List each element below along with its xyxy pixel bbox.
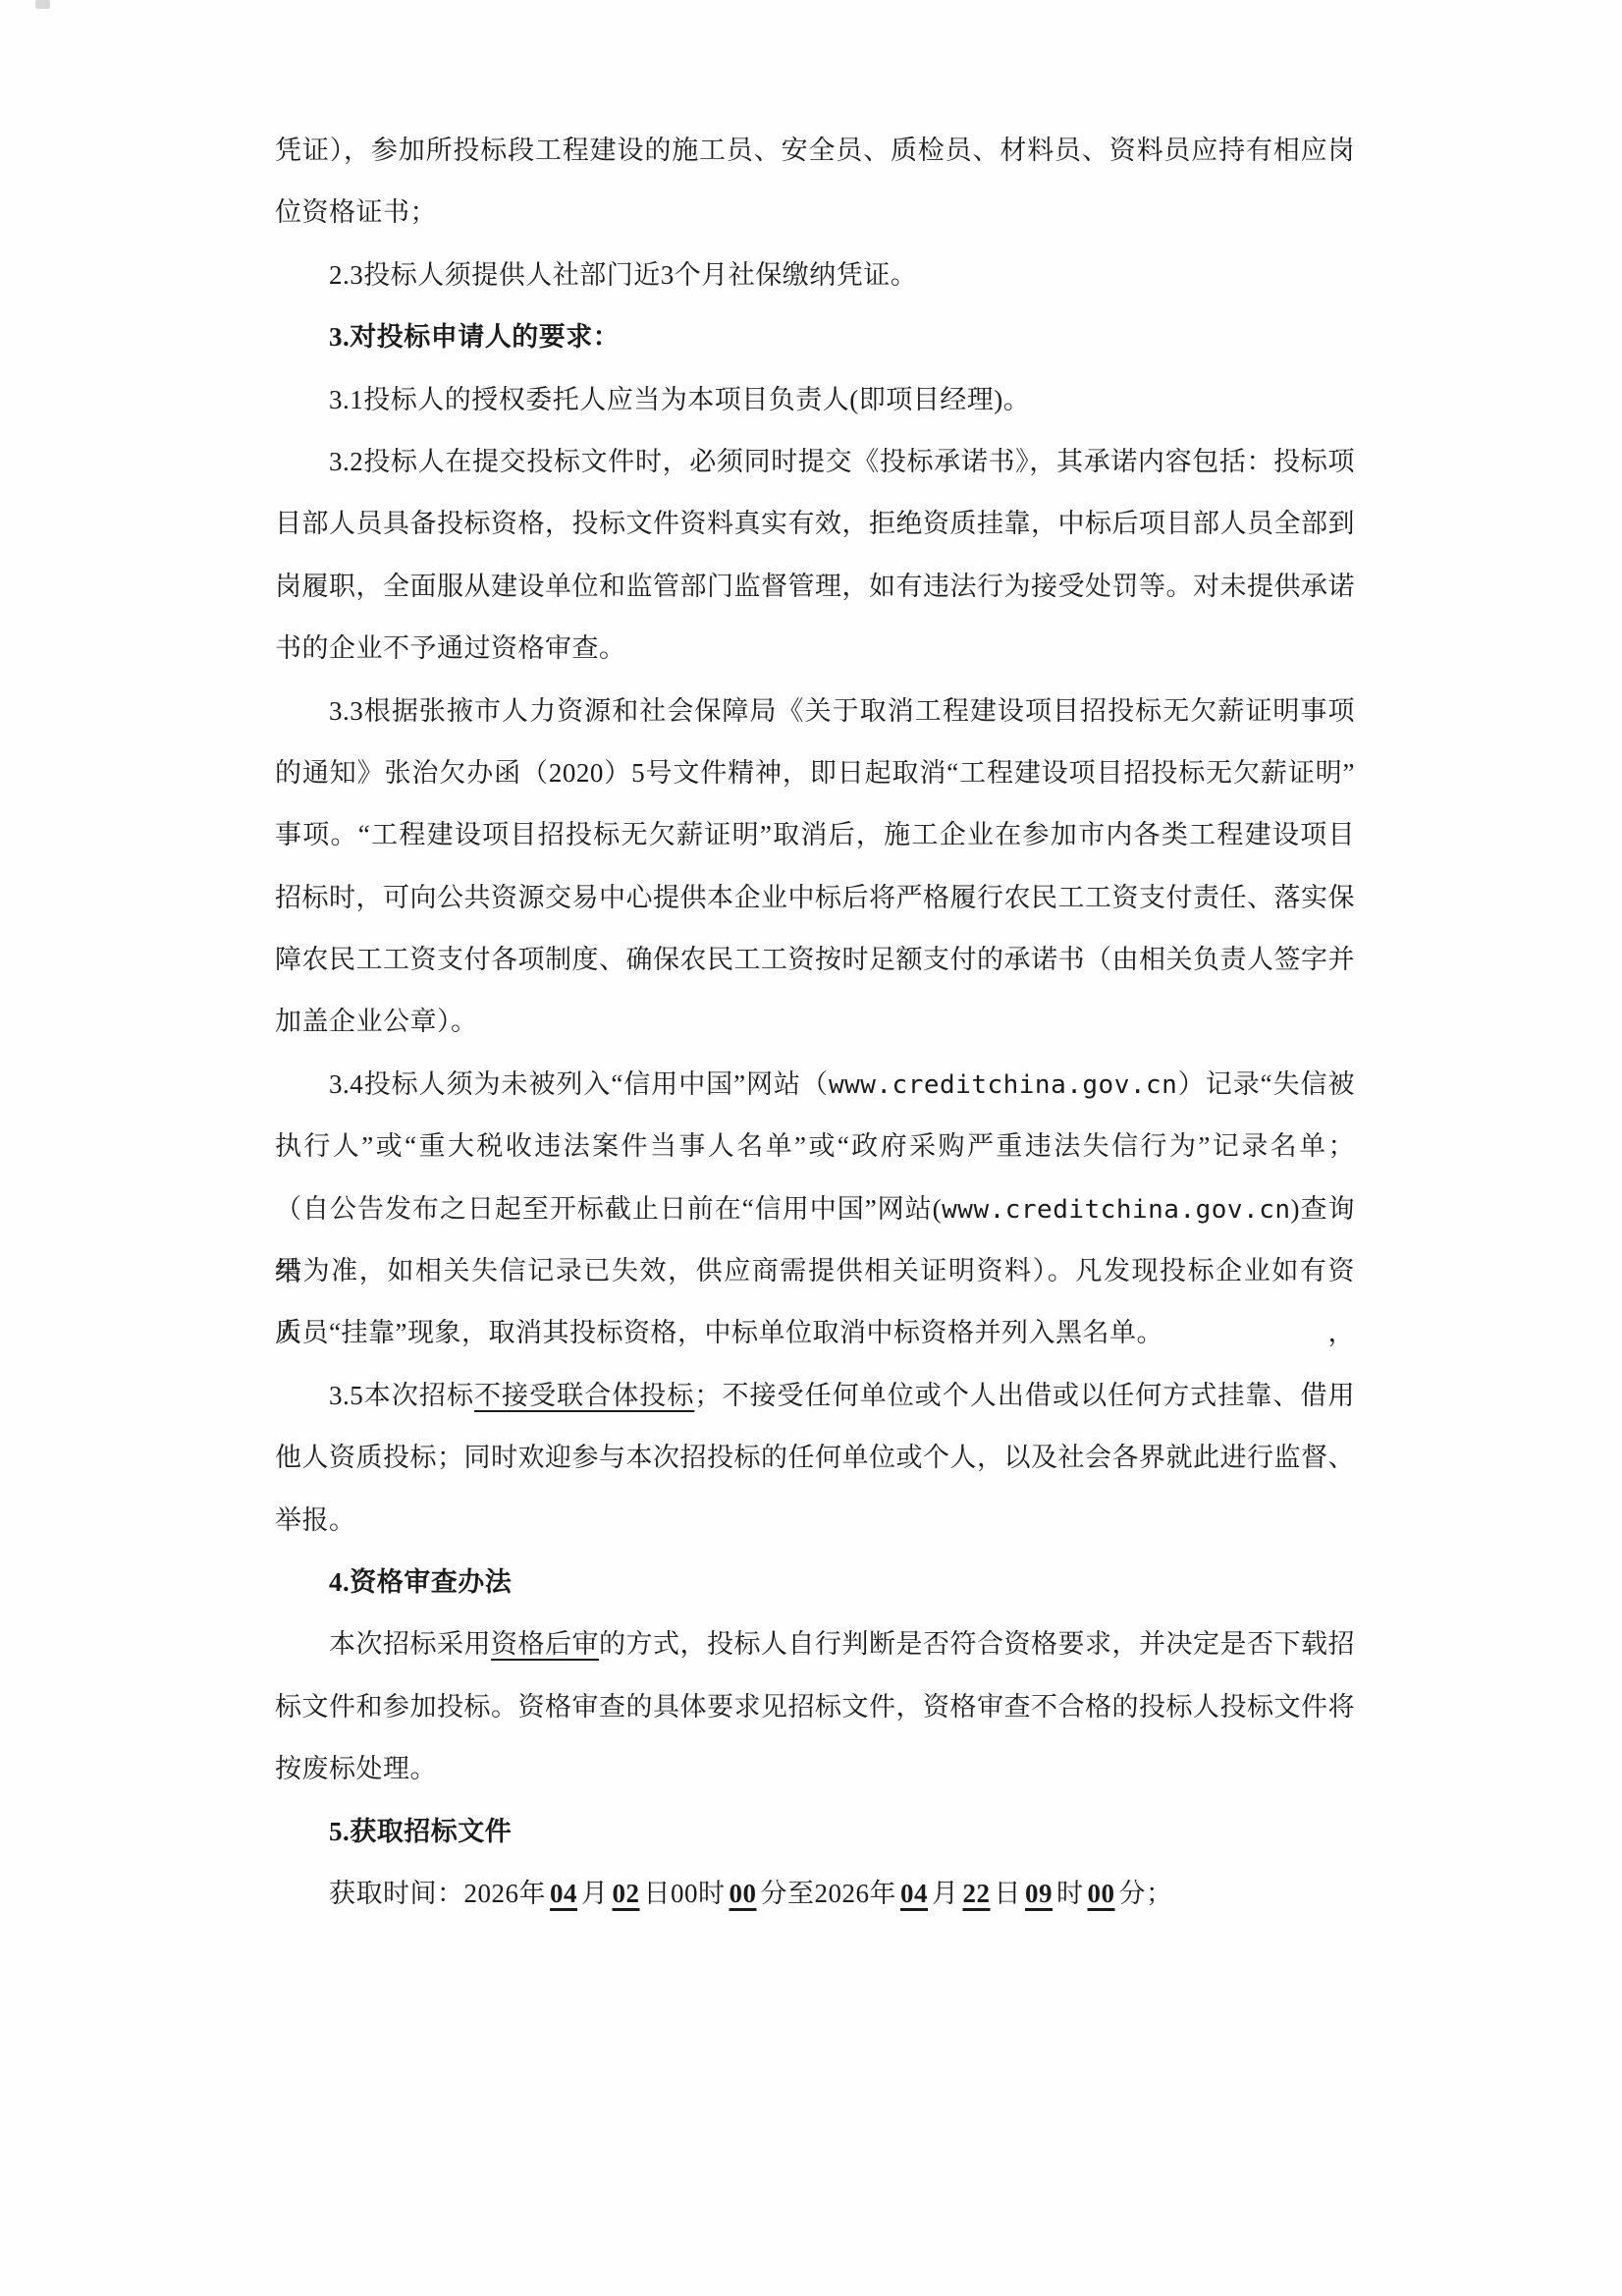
text-segment: 3.4投标人须为未被列入“信用中国”网站（: [329, 1069, 829, 1099]
text-line: 加盖企业公章）。: [275, 991, 1355, 1053]
text-segment: 3.对投标申请人的要求：: [329, 322, 620, 352]
text-segment: 加盖企业公章）。: [275, 1007, 478, 1036]
text-segment: 月: [581, 1879, 609, 1908]
text-segment: 日: [995, 1879, 1022, 1908]
text-line: 3.4投标人须为未被列入“信用中国”网站（www.creditchina.gov…: [275, 1054, 1355, 1116]
text-line: 果为准，如相关失信记录已失效，供应商需提供相关证明资料）。凡发现投标企业如有资质…: [275, 1240, 1355, 1302]
text-segment: 分至2026年: [761, 1879, 897, 1908]
text-segment: 不接受联合体投标: [474, 1381, 694, 1410]
text-line: 举报。: [275, 1490, 1355, 1552]
text-line: 3.1投标人的授权委托人应当为本项目负责人(即项目经理)。: [275, 369, 1355, 431]
text-line: 执行人”或“重大税收违法案件当事人名单”或“政府采购严重违法失信行为”记录名单；: [275, 1116, 1355, 1177]
text-line: 障农民工工资支付各项制度、确保农民工工资按时足额支付的承诺书（由相关负责人签字并: [275, 929, 1355, 991]
text-line: 岗履职，全面服从建设单位和监管部门监督管理，如有违法行为接受处罚等。对未提供承诺: [275, 556, 1355, 618]
text-segment: 02: [609, 1879, 644, 1908]
text-segment: 09: [1021, 1879, 1056, 1908]
text-segment: 事项。“工程建设项目招投标无欠薪证明”取消后，施工企业在参加市内各类工程建设项目: [275, 820, 1355, 849]
text-segment: 3.5本次招标: [329, 1381, 474, 1410]
text-line: 3.2投标人在提交投标文件时，必须同时提交《投标承诺书》，其承诺内容包括：投标项: [275, 431, 1355, 493]
document-page: 凭证），参加所投标段工程建设的施工员、安全员、质检员、材料员、资料员应持有相应岗…: [0, 0, 1622, 2296]
text-segment: 5.获取招标文件: [329, 1817, 512, 1846]
text-line: 3.3根据张掖市人力资源和社会保障局《关于取消工程建设项目招投标无欠薪证明事项: [275, 681, 1355, 742]
text-segment: 障农民工工资支付各项制度、确保农民工工资按时足额支付的承诺书（由相关负责人签字并: [275, 945, 1355, 974]
text-segment: 标文件和参加投标。资格审查的具体要求见招标文件，资格审查不合格的投标人投标文件将: [275, 1692, 1355, 1722]
text-segment: 凭证），参加所投标段工程建设的施工员、安全员、质检员、材料员、资料员应持有相应岗: [275, 136, 1355, 165]
text-line: 2.3投标人须提供人社部门近3个月社保缴纳凭证。: [275, 245, 1355, 306]
text-line: 他人资质投标；同时欢迎参与本次招投标的任何单位或个人，以及社会各界就此进行监督、: [275, 1427, 1355, 1489]
text-line: 按废标处理。: [275, 1738, 1355, 1800]
text-segment: 2.3投标人须提供人社部门近3个月社保缴纳凭证。: [329, 260, 917, 290]
text-segment: 3.1投标人的授权委托人应当为本项目负责人(即项目经理)。: [329, 385, 1030, 414]
text-line: 招标时，可向公共资源交易中心提供本企业中标后将严格履行农民工工资支付责任、落实保: [275, 867, 1355, 929]
text-segment: 资格后审: [491, 1629, 599, 1659]
text-line: （自公告发布之日起至开标截止日前在“信用中国”网站(www.creditchin…: [275, 1178, 1355, 1240]
text-segment: 04: [896, 1879, 932, 1908]
text-segment: 22: [959, 1879, 995, 1908]
text-line: 标文件和参加投标。资格审查的具体要求见招标文件，资格审查不合格的投标人投标文件将: [275, 1676, 1355, 1738]
text-segment: 日00时: [644, 1879, 726, 1908]
text-segment: （自公告发布之日起至开标截止日前在“信用中国”网站(: [275, 1194, 942, 1224]
text-segment: 3.3根据张掖市人力资源和社会保障局《关于取消工程建设项目招投标无欠薪证明事项: [329, 696, 1355, 726]
text-line: 5.获取招标文件: [275, 1801, 1355, 1863]
text-segment: 00: [726, 1879, 761, 1908]
text-segment: ；不接受任何单位或个人出借或以任何方式挂靠、借用: [694, 1381, 1355, 1410]
text-segment: 人员“挂靠”现象，取消其投标资格，中标单位取消中标资格并列入黑名单。: [275, 1318, 1163, 1347]
text-line: 凭证），参加所投标段工程建设的施工员、安全员、质检员、材料员、资料员应持有相应岗: [275, 120, 1355, 182]
text-segment: 时: [1056, 1879, 1084, 1908]
text-line: 3.对投标申请人的要求：: [275, 306, 1355, 368]
text-line: 事项。“工程建设项目招投标无欠薪证明”取消后，施工企业在参加市内各类工程建设项目: [275, 804, 1355, 866]
document-body: 凭证），参加所投标段工程建设的施工员、安全员、质检员、材料员、资料员应持有相应岗…: [275, 120, 1355, 1925]
text-segment: www.creditchina.gov.cn: [942, 1195, 1290, 1225]
text-segment: 岗履职，全面服从建设单位和监管部门监督管理，如有违法行为接受处罚等。对未提供承诺: [275, 572, 1355, 601]
text-segment: 00: [1084, 1879, 1119, 1908]
text-line: 的通知》张治欠办函（2020）5号文件精神，即日起取消“工程建设项目招投标无欠薪…: [275, 742, 1355, 804]
text-line: 获取时间：2026年04月02日00时00分至2026年04月22日09时00分…: [275, 1863, 1355, 1925]
text-segment: www.creditchina.gov.cn: [829, 1070, 1177, 1100]
text-line: 4.资格审查办法: [275, 1552, 1355, 1613]
text-segment: 的通知》张治欠办函（2020）5号文件精神，即日起取消“工程建设项目招投标无欠薪…: [275, 758, 1355, 788]
text-line: 位资格证书；: [275, 182, 1355, 244]
text-segment: 目部人员具备投标资格，投标文件资料真实有效，拒绝资质挂靠，中标后项目部人员全部到: [275, 509, 1355, 538]
text-segment: 3.2投标人在提交投标文件时，必须同时提交《投标承诺书》，其承诺内容包括：投标项: [329, 447, 1355, 476]
text-segment: 04: [546, 1879, 581, 1908]
text-segment: 按废标处理。: [275, 1754, 437, 1783]
text-segment: 招标时，可向公共资源交易中心提供本企业中标后将严格履行农民工工资支付责任、落实保: [275, 883, 1355, 912]
text-segment: 执行人”或“重大税收违法案件当事人名单”或“政府采购严重违法失信行为”记录名单；: [275, 1131, 1355, 1161]
text-segment: 分；: [1119, 1879, 1173, 1908]
text-segment: 获取时间：2026年: [329, 1879, 546, 1908]
text-segment: ）记录“失信被: [1177, 1069, 1355, 1099]
text-segment: 4.资格审查办法: [329, 1567, 512, 1597]
text-segment: 月: [932, 1879, 959, 1908]
text-segment: 书的企业不予通过资格审查。: [275, 633, 626, 663]
scan-artifact: [35, 0, 50, 9]
text-line: 书的企业不予通过资格审查。: [275, 618, 1355, 680]
text-line: 3.5本次招标不接受联合体投标；不接受任何单位或个人出借或以任何方式挂靠、借用: [275, 1365, 1355, 1427]
text-segment: 的方式，投标人自行判断是否符合资格要求，并决定是否下载招: [599, 1629, 1355, 1659]
text-segment: 位资格证书；: [275, 197, 437, 227]
text-line: 本次招标采用资格后审的方式，投标人自行判断是否符合资格要求，并决定是否下载招: [275, 1613, 1355, 1675]
text-segment: 举报。: [275, 1505, 356, 1535]
text-segment: 他人资质投标；同时欢迎参与本次招投标的任何单位或个人，以及社会各界就此进行监督、: [275, 1443, 1355, 1472]
text-line: 目部人员具备投标资格，投标文件资料真实有效，拒绝资质挂靠，中标后项目部人员全部到: [275, 493, 1355, 555]
text-segment: 本次招标采用: [329, 1629, 491, 1659]
